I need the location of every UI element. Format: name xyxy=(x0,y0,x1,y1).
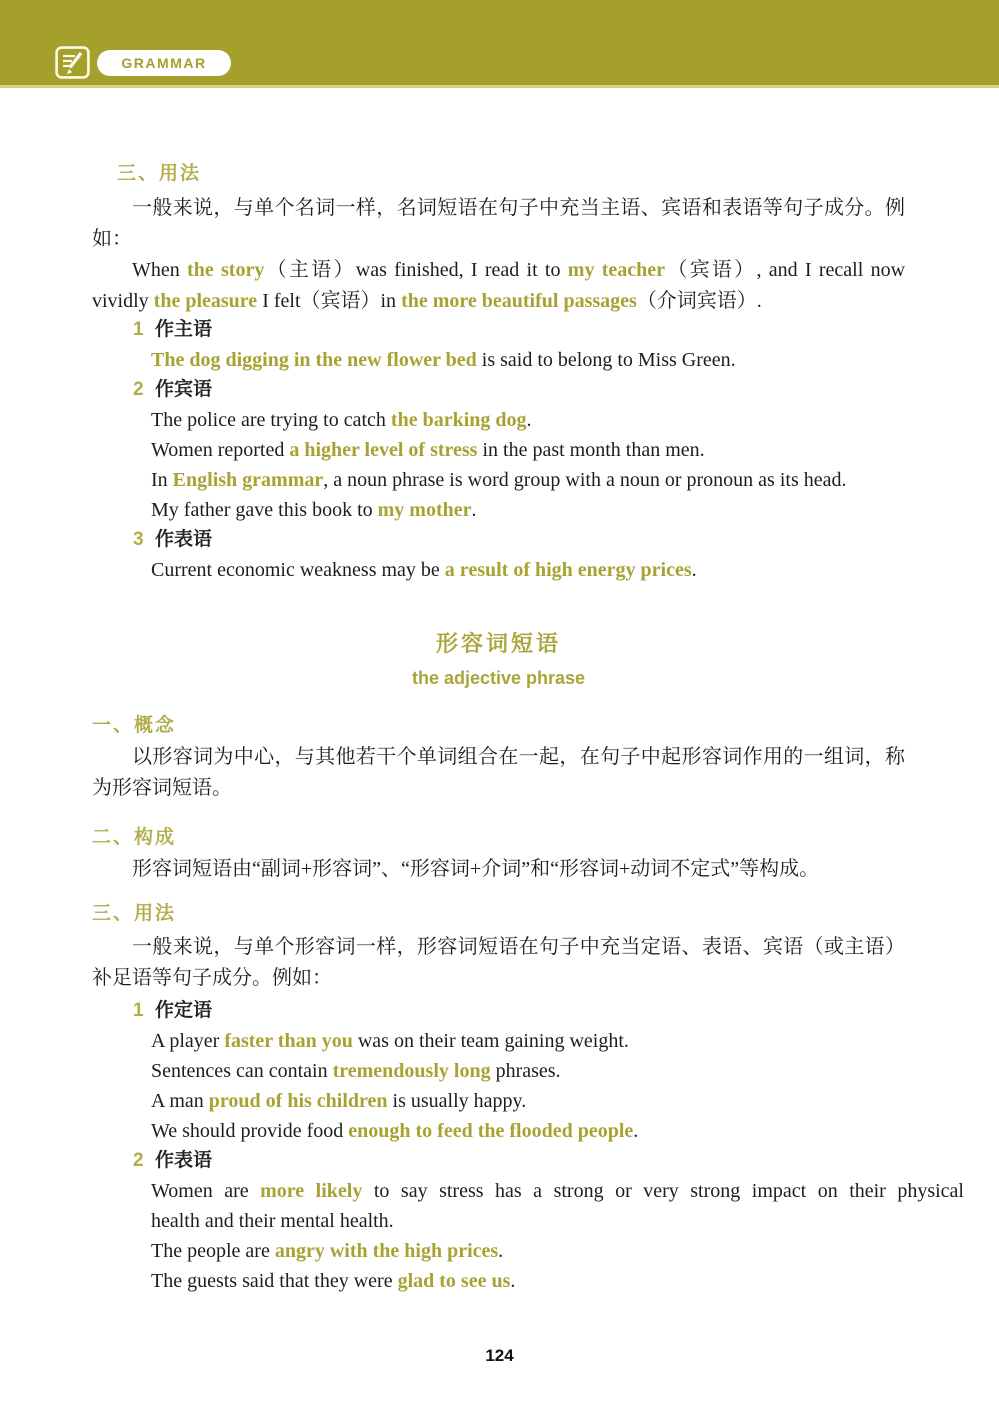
item-title: 作表语 xyxy=(155,1150,212,1171)
highlighted-phrase: glad to see us xyxy=(398,1270,511,1292)
item-head-predicative: 3作表语 xyxy=(92,525,946,555)
highlighted-phrase: my teacher xyxy=(568,259,665,281)
plain-text: When xyxy=(132,259,187,281)
plain-text: 如： xyxy=(92,228,132,250)
plain-text: health and their mental health. xyxy=(151,1210,394,1232)
plain-text: . xyxy=(692,559,697,581)
plain-text: . xyxy=(471,499,476,521)
highlighted-phrase: English grammar xyxy=(173,469,324,491)
text-line: Women are more likely to say stress has … xyxy=(151,1176,964,1206)
grammar-badge-label: GRAMMAR xyxy=(121,55,206,71)
highlighted-phrase: proud of his children xyxy=(209,1090,388,1112)
highlighted-phrase: a higher level of stress xyxy=(289,439,477,461)
text-line: Women reported a higher level of stress … xyxy=(151,435,964,465)
plain-text: The police are trying to catch xyxy=(151,409,391,431)
text-line: 如： xyxy=(92,224,905,255)
plain-text: . xyxy=(527,409,532,431)
plain-text: （介词宾语）. xyxy=(637,290,762,312)
examples-predicative: Current economic weakness may be a resul… xyxy=(92,555,964,585)
text-line: We should provide food enough to feed th… xyxy=(151,1116,964,1146)
examples-subject: The dog digging in the new flower bed is… xyxy=(92,345,964,375)
plain-text: I felt（宾语）in xyxy=(257,290,401,312)
section-heading-adj-usage: 三、用法 xyxy=(92,902,905,926)
text-line: A player faster than you was on their te… xyxy=(151,1026,964,1056)
header-band: GRAMMAR xyxy=(0,0,999,88)
item-title: 作定语 xyxy=(155,1000,212,1021)
plain-text: Women are xyxy=(151,1180,260,1202)
text-line: Sentences can contain tremendously long … xyxy=(151,1056,964,1086)
plain-text: In xyxy=(151,469,173,491)
chapter-title-en: the adjective phrase xyxy=(92,666,905,690)
item-head-attributive: 1作定语 xyxy=(92,996,946,1026)
examples-object: The police are trying to catch the barki… xyxy=(92,405,964,525)
highlighted-phrase: more likely xyxy=(260,1180,362,1202)
text-line: A man proud of his children is usually h… xyxy=(151,1086,964,1116)
plain-text: （宾语）, and I recall now xyxy=(665,259,905,281)
plain-text: in the past month than men. xyxy=(477,439,704,461)
examples-attributive: A player faster than you was on their te… xyxy=(92,1026,964,1146)
highlighted-phrase: a result of high energy prices xyxy=(445,559,692,581)
highlighted-phrase: tremendously long xyxy=(333,1060,491,1082)
textbook-page: GRAMMAR 三、用法 一般来说，与单个名词一样，名词短语在句子中充当主语、宾… xyxy=(0,0,999,1414)
examples-adj-predicative: Women are more likely to say stress has … xyxy=(92,1176,964,1296)
highlighted-phrase: enough to feed the flooded people xyxy=(348,1120,633,1142)
plain-text: , a noun phrase is word group with a nou… xyxy=(323,469,846,491)
text-line: The guests said that they were glad to s… xyxy=(151,1266,964,1296)
section-heading-concept: 一、概念 xyxy=(92,714,905,738)
text-line: vividly the pleasure I felt（宾语）in the mo… xyxy=(92,286,905,317)
plain-text: was on their team gaining weight. xyxy=(353,1030,629,1052)
item-title: 作表语 xyxy=(155,529,212,550)
chapter-title-zh: 形容词短语 xyxy=(92,630,905,658)
concept-body: 以形容词为中心，与其他若干个单词组合在一起，在句子中起形容词作用的一组词，称为形… xyxy=(92,742,905,804)
item-head-adj-predicative: 2作表语 xyxy=(92,1146,946,1176)
highlighted-phrase: the story xyxy=(187,259,264,281)
highlighted-phrase: The dog digging in the new flower bed xyxy=(151,349,477,371)
item-number: 1 xyxy=(133,996,148,1026)
plain-text: is said to belong to Miss Green. xyxy=(477,349,736,371)
item-title: 作主语 xyxy=(155,319,212,340)
plain-text: We should provide food xyxy=(151,1120,348,1142)
plain-text: 为形容词短语。 xyxy=(92,777,232,799)
text-line: 以形容词为中心，与其他若干个单词组合在一起，在句子中起形容词作用的一组词，称 xyxy=(92,742,905,773)
composition-body: 形容词短语由“副词+形容词”、“形容词+介词”和“形容词+动词不定式”等构成。 xyxy=(92,854,905,885)
plain-text: 一般来说，与单个形容词一样，形容词短语在句子中充当定语、表语、宾语（或主语） xyxy=(132,936,905,958)
text-line: health and their mental health. xyxy=(151,1206,964,1236)
highlighted-phrase: the pleasure xyxy=(154,290,258,312)
plain-text: 一般来说，与单个名词一样，名词短语在句子中充当主语、宾语和表语等句子成分。例 xyxy=(132,197,905,219)
plain-text: Women reported xyxy=(151,439,289,461)
plain-text: My father gave this book to xyxy=(151,499,378,521)
plain-text: 以形容词为中心，与其他若干个单词组合在一起，在句子中起形容词作用的一组词，称 xyxy=(132,746,905,768)
text-line: My father gave this book to my mother. xyxy=(151,495,964,525)
text-line: 补足语等句子成分。例如： xyxy=(92,963,905,994)
text-line: When the story（主语）was finished, I read i… xyxy=(92,255,905,286)
highlighted-phrase: faster than you xyxy=(224,1030,353,1052)
text-line: 为形容词短语。 xyxy=(92,773,905,804)
section-heading-composition: 二、构成 xyxy=(92,826,905,850)
plain-text: The people are xyxy=(151,1240,275,1262)
highlighted-phrase: the more beautiful passages xyxy=(401,290,637,312)
plain-text: 形容词短语由“副词+形容词”、“形容词+介词”和“形容词+动词不定式”等构成。 xyxy=(132,858,819,880)
plain-text: to say stress has a strong or very stron… xyxy=(362,1180,964,1202)
item-number: 2 xyxy=(133,1146,148,1176)
item-number: 2 xyxy=(133,375,148,405)
text-line: Current economic weakness may be a resul… xyxy=(151,555,964,585)
plain-text: phrases. xyxy=(491,1060,561,1082)
text-line: 一般来说，与单个名词一样，名词短语在句子中充当主语、宾语和表语等句子成分。例 xyxy=(92,193,905,224)
adj-usage-intro: 一般来说，与单个形容词一样，形容词短语在句子中充当定语、表语、宾语（或主语）补足… xyxy=(92,932,905,994)
item-number: 1 xyxy=(133,315,148,345)
item-head-object: 2作宾语 xyxy=(92,375,946,405)
plain-text: Sentences can contain xyxy=(151,1060,333,1082)
item-head-subject: 1作主语 xyxy=(92,315,946,345)
text-line: The police are trying to catch the barki… xyxy=(151,405,964,435)
notebook-pencil-icon xyxy=(55,46,90,79)
plain-text: 补足语等句子成分。例如： xyxy=(92,967,332,989)
plain-text: is usually happy. xyxy=(388,1090,527,1112)
plain-text: . xyxy=(633,1120,638,1142)
text-line: 一般来说，与单个形容词一样，形容词短语在句子中充当定语、表语、宾语（或主语） xyxy=(92,932,905,963)
highlighted-phrase: the barking dog xyxy=(391,409,527,431)
grammar-badge: GRAMMAR xyxy=(97,50,231,76)
plain-text: A man xyxy=(151,1090,209,1112)
text-line: In English grammar, a noun phrase is wor… xyxy=(151,465,964,495)
plain-text: . xyxy=(498,1240,503,1262)
noun-usage-intro: 一般来说，与单个名词一样，名词短语在句子中充当主语、宾语和表语等句子成分。例如： xyxy=(92,193,905,255)
noun-usage-inline-example: When the story（主语）was finished, I read i… xyxy=(92,255,905,317)
plain-text: A player xyxy=(151,1030,224,1052)
section-heading-noun-usage: 三、用法 xyxy=(117,162,930,186)
plain-text: （主语）was finished, I read it to xyxy=(264,259,567,281)
text-line: The people are angry with the high price… xyxy=(151,1236,964,1266)
item-number: 3 xyxy=(133,525,148,555)
plain-text: The guests said that they were xyxy=(151,1270,398,1292)
page-number: 124 xyxy=(0,1346,999,1366)
plain-text: vividly xyxy=(92,290,154,312)
plain-text: Current economic weakness may be xyxy=(151,559,445,581)
plain-text: . xyxy=(510,1270,515,1292)
text-line: The dog digging in the new flower bed is… xyxy=(151,345,964,375)
highlighted-phrase: angry with the high prices xyxy=(275,1240,498,1262)
highlighted-phrase: my mother xyxy=(378,499,472,521)
text-line: 形容词短语由“副词+形容词”、“形容词+介词”和“形容词+动词不定式”等构成。 xyxy=(92,854,905,885)
item-title: 作宾语 xyxy=(155,379,212,400)
